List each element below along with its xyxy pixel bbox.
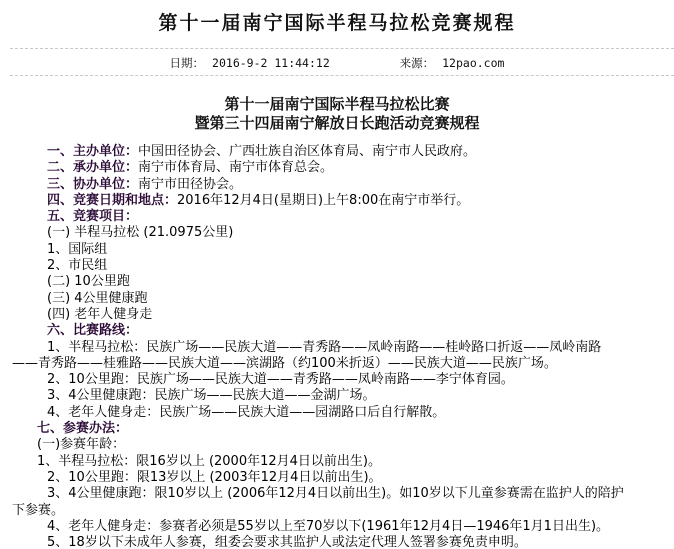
- list-item: 1、半程马拉松：民族广场——民族大道——青秀路——凤岭南路——桂岭路口折返——凤…: [0, 340, 674, 356]
- list-item: (四) 老年人健身走: [0, 307, 674, 323]
- divider-bottom: [10, 75, 674, 76]
- list-item: 1、国际组: [0, 242, 674, 258]
- section-host: 二、承办单位：南宁市体育局、南宁市体育总会。: [0, 160, 674, 176]
- section-date-venue: 四、竞赛日期和地点：2016年12月4日(星期日)上午8:00在南宁市举行。: [0, 193, 674, 209]
- section-route: 六、比赛路线：: [0, 323, 674, 339]
- date-label: 日期：: [170, 56, 205, 70]
- list-item: (二) 10公里跑: [0, 274, 674, 290]
- list-item: 2、10公里跑：限13岁以上 (2003年12月4日以前出生)。: [0, 470, 674, 486]
- list-item: 3、4公里健康跑：民族广场——民族大道——金湖广场。: [0, 388, 674, 404]
- divider-top: [10, 48, 674, 49]
- section-text: 南宁市田径协会。: [138, 177, 242, 192]
- list-item: ——青秀路——桂雅路——民族大道——滨湖路（约100米折返）——民族大道——民族…: [0, 356, 674, 372]
- section-heading: 二、承办单位：: [47, 160, 138, 175]
- section-text: 中国田径协会、广西壮族自治区体育局、南宁市人民政府。: [138, 144, 476, 159]
- section-registration: 七、参赛办法：: [0, 421, 674, 437]
- section-heading: 四、竞赛日期和地点：: [47, 193, 177, 208]
- section-coorganizer: 三、协办单位：南宁市田径协会。: [0, 177, 674, 193]
- article-body: 一、主办单位：中国田径协会、广西壮族自治区体育局、南宁市人民政府。 二、承办单位…: [0, 144, 674, 549]
- source-value: 12pao.com: [442, 56, 504, 70]
- subtitle-line-2: 暨第三十四届南宁解放日长跑活动竞赛规程: [0, 113, 674, 133]
- list-item: 1、半程马拉松：限16岁以上 (2000年12月4日以前出生)。: [0, 454, 674, 470]
- list-item: 下参赛。: [0, 503, 674, 519]
- list-item: 5、18岁以下未成年人参赛，组委会要求其监护人或法定代理人签署参赛免责申明。: [0, 535, 674, 549]
- section-heading: 一、主办单位：: [47, 144, 138, 159]
- section-text: 2016年12月4日(星期日)上午8:00在南宁市举行。: [177, 193, 469, 208]
- list-item: (三) 4公里健康跑: [0, 291, 674, 307]
- list-item: 3、4公里健康跑：限10岁以上 (2006年12月4日以前出生)。如10岁以下儿…: [0, 486, 674, 502]
- list-item: 4、老年人健身走：参赛者必须是55岁以上至70岁以下(1961年12月4日—19…: [0, 519, 674, 535]
- section-events: 五、竞赛项目：: [0, 209, 674, 225]
- date-value: 2016-9-2 11:44:12: [212, 56, 330, 70]
- section-heading: 七、参赛办法：: [37, 421, 128, 436]
- list-item: 4、老年人健身走：民族广场——民族大道——园湖路口后自行解散。: [0, 405, 674, 421]
- list-item: 2、市民组: [0, 258, 674, 274]
- sub-heading: (一)参赛年龄：: [0, 437, 674, 453]
- section-heading: 六、比赛路线：: [47, 323, 138, 338]
- article-title: 第十一届南宁国际半程马拉松竞赛规程: [0, 8, 674, 35]
- list-item: 2、10公里跑：民族广场——民族大道——青秀路——凤岭南路——李宁体育园。: [0, 372, 674, 388]
- source-label: 来源：: [400, 56, 435, 70]
- section-heading: 五、竞赛项目：: [47, 209, 138, 224]
- section-organizer: 一、主办单位：中国田径协会、广西壮族自治区体育局、南宁市人民政府。: [0, 144, 674, 160]
- list-item: (一) 半程马拉松 (21.0975公里): [0, 225, 674, 241]
- section-heading: 三、协办单位：: [47, 177, 138, 192]
- subtitle-line-1: 第十一届南宁国际半程马拉松比赛: [0, 94, 674, 114]
- article-meta: 日期：2016-9-2 11:44:12 来源：12pao.com: [0, 55, 674, 71]
- section-text: 南宁市体育局、南宁市体育总会。: [138, 160, 333, 175]
